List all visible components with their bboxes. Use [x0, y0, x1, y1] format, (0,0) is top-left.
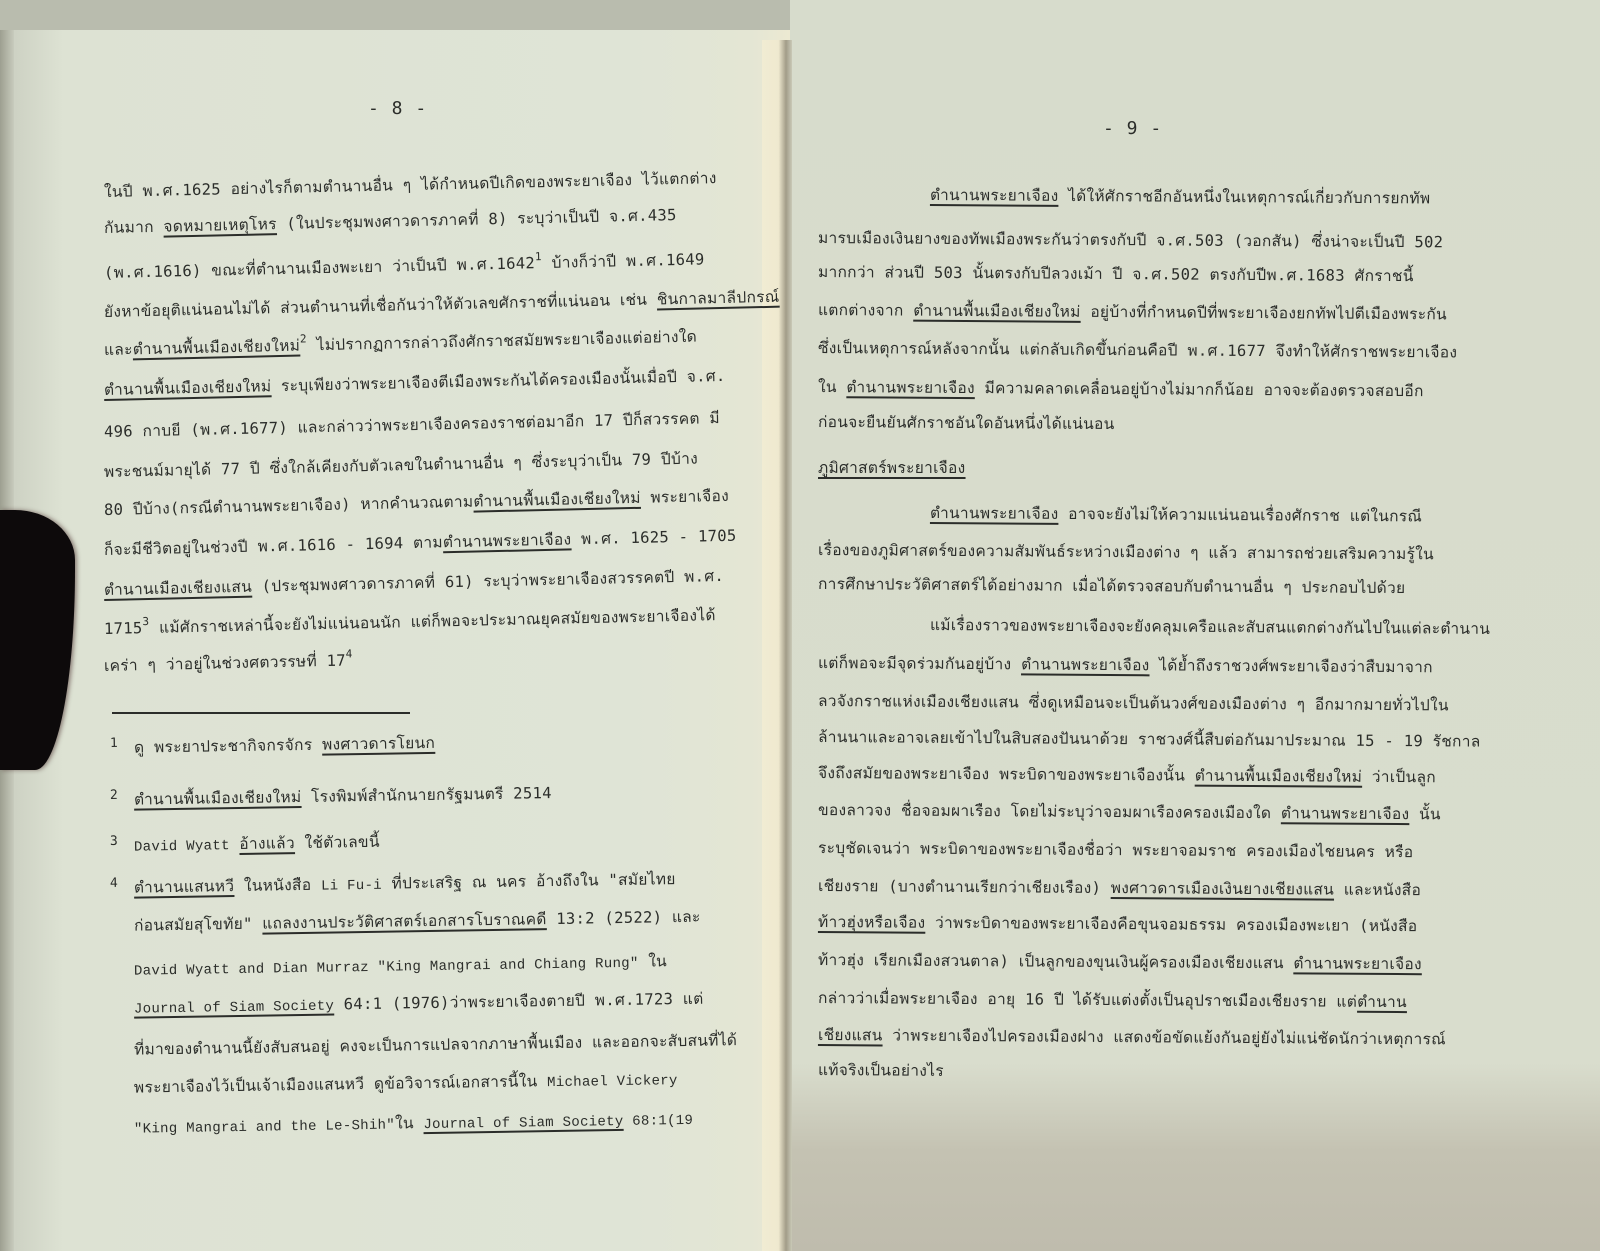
footnote-number: 4: [110, 874, 134, 894]
right-body-line: กล่าวว่าเมื่อพระยาเจือง อายุ 16 ปี ได้รั…: [818, 988, 1407, 1012]
text-segment: ใช้ตัวเลขนี้: [295, 833, 380, 852]
text-segment: กล่าวว่าเมื่อพระยาเจือง อายุ 16 ปี ได้รั…: [818, 989, 1357, 1011]
underlined-title: ตำนานพระยาเจือง: [1021, 655, 1150, 674]
text-segment: ได้ย้ำถึงราชวงศ์พระยาเจืองว่าสืบมาจาก: [1150, 656, 1433, 676]
text-segment: "King Mangrai and the Le-Shih": [134, 1118, 395, 1138]
right-body-line: แม้เรื่องราวของพระยาเจืองจะยังคลุมเครือแ…: [930, 615, 1490, 639]
text-segment: ลวจังกราชแห่งเมืองเชียงแสน ซึ่งดูเหมือนจ…: [818, 692, 1449, 714]
text-segment: แต่ก็พอจะมีจุดร่วมกันอยู่บ้าง: [818, 654, 1021, 673]
text-segment: อยู่บ้างที่กำหนดปีที่พระยาเจืองยกทัพไปตี…: [1081, 303, 1447, 324]
text-segment: จึงถึงสมัยของพระยาเจือง พระบิดาของพระยาเ…: [818, 764, 1195, 785]
text-segment: แท้จริงเป็นอย่างไร: [818, 1061, 944, 1080]
underlined-title: ตำนานพระยาเจือง: [930, 504, 1059, 523]
underlined-title: ตำนานพื้นเมืองเชียงใหม่: [1195, 767, 1363, 786]
underlined-title: แถลงงานประวัติศาสตร์เอกสารโบราณคดี: [262, 910, 547, 932]
text-segment: แม้เรื่องราวของพระยาเจืองจะยังคลุมเครือแ…: [930, 616, 1490, 638]
text-segment: ที่ประเสริฐ ณ นคร อ้างถึงใน "สมัยไทย: [382, 870, 676, 893]
underlined-title: ตำนานพื้นเมืองเชียงใหม่: [134, 788, 302, 809]
text-segment: ของลาวจง ชื่อจอมผาเรือง โดยไม่ระบุว่าจอม…: [818, 801, 1281, 822]
footnote-line: 3David Wyatt อ้างแล้ว ใช้ตัวเลขนี้: [110, 832, 380, 858]
text-segment: อาจจะยังไม่ให้ความแน่นอนเรื่องศักราช แต่…: [1058, 505, 1422, 526]
text-segment: พระยาเจืองไว้เป็นเจ้าเมืองแสนหวี ดูข้อวิ…: [134, 1072, 547, 1096]
right-page-number: - 9 -: [1103, 118, 1162, 139]
underlined-title: พงศาวดารเมืองเงินยางเชียงแสน: [1111, 879, 1334, 899]
right-body-line: ตำนานพระยาเจือง อาจจะยังไม่ให้ความแน่นอน…: [930, 503, 1422, 526]
right-body-line: มากกว่า ส่วนปี 503 นั้นตรงกับปีลวงเม้า ป…: [818, 262, 1414, 286]
text-segment: มากกว่า ส่วนปี 503 นั้นตรงกับปีลวงเม้า ป…: [818, 263, 1414, 285]
text-segment: ท้าวฮุ่ง เรียกเมืองสวนตาล) เป็นลูกของขุน…: [818, 951, 1294, 972]
underlined-title: ตำนานพระยาเจือง: [846, 378, 975, 397]
text-segment: เชียงราย (บางตำนานเรียกว่าเชียงเรือง): [818, 877, 1111, 897]
right-body-line: ท้าวฮุ่งหรือเจือง ว่าพระบิดาของพระยาเจือ…: [818, 912, 1418, 936]
text-segment: ล้านนาและอาจเลยเข้าไปในสิบสองปันนาด้วย ร…: [818, 728, 1481, 751]
footnote-ref: 2: [300, 332, 307, 345]
underlined-title: ตำนานพื้นเมืองเชียงใหม่: [473, 489, 641, 511]
text-segment: Michael Vickery: [547, 1073, 678, 1091]
underlined-title: ตำนานพระยาเจือง: [930, 186, 1059, 205]
text-segment: David Wyatt: [134, 838, 230, 856]
footnote-ref: 1: [535, 250, 542, 263]
right-body-line: เรื่องของภูมิศาสตร์ของความสัมพันธ์ระหว่า…: [818, 540, 1434, 564]
text-segment: ว่าเป็นลูก: [1362, 768, 1436, 787]
text-segment: ว่าพระยาเจืองไปครองเมืองฝาง แสดงข้อขัดแย…: [883, 1026, 1446, 1048]
footnote-ref: 4: [346, 647, 353, 660]
text-segment: 13:2 (2522) และ: [547, 908, 701, 928]
text-segment: ก่อนสมัยสุโขทัย": [134, 915, 263, 935]
underlined-title: ตำนานพื้นเมืองเชียงใหม่: [104, 377, 272, 399]
underlined-title: ตำนานพระยาเจือง: [1281, 804, 1410, 823]
text-segment: 68:1(19: [623, 1113, 693, 1130]
text-segment: นั้น: [1409, 805, 1441, 823]
right-body-line: ใน ตำนานพระยาเจือง มีความคลาดเคลื่อนอยู่…: [818, 377, 1424, 401]
text-segment: 1715: [104, 619, 143, 638]
text-segment: แตกต่างจาก: [818, 301, 913, 320]
right-body-line: ตำนานพระยาเจือง ได้ให้ศักราชอีกอันหนึ่งใ…: [930, 185, 1431, 208]
underlined-title: ตำนานแสนหวี: [134, 877, 235, 897]
footnote-number: 2: [110, 786, 134, 806]
text-segment: Li Fu-i: [321, 878, 382, 895]
text-segment: พ.ศ. 1625 - 1705: [571, 527, 737, 549]
underlined-title: Journal of Siam Society: [423, 1114, 623, 1133]
text-segment: พระยาเจือง: [641, 487, 730, 507]
text-segment: บ้างก็ว่าปี พ.ศ.1649: [542, 250, 705, 272]
text-segment: มีความคลาดเคลื่อนอยู่บ้างไม่มากก็น้อย อา…: [975, 379, 1424, 400]
text-segment: ซึ่งเป็นเหตุการณ์หลังจากนั้น แต่กลับเกิด…: [818, 339, 1457, 361]
text-segment: กันมาก: [104, 218, 164, 237]
underlined-title: เชียงแสน: [818, 1026, 883, 1044]
right-body-line: ท้าวฮุ่ง เรียกเมืองสวนตาล) เป็นลูกของขุน…: [818, 950, 1422, 974]
book-gutter: [762, 40, 792, 1251]
text-segment: โรงพิมพ์สำนักนายกรัฐมนตรี 2514: [301, 784, 552, 806]
right-body-line: แต่ก็พอจะมีจุดร่วมกันอยู่บ้าง ตำนานพระยา…: [818, 653, 1433, 677]
text-segment: ได้ให้ศักราชอีกอันหนึ่งในเหตุการณ์เกี่ยว…: [1058, 187, 1430, 208]
section-heading: ภูมิศาสตร์พระยาเจือง: [818, 458, 966, 478]
right-body-line: ก่อนจะยืนยันศักราชอันใดอันหนึ่งได้แน่นอน: [818, 412, 1115, 434]
underlined-title: ตำนานพระยาเจือง: [443, 530, 572, 551]
right-body-line: แท้จริงเป็นอย่างไร: [818, 1060, 944, 1081]
text-segment: ในหนังสือ: [234, 876, 321, 895]
text-segment: ใน: [818, 378, 847, 396]
text-segment: ใน: [395, 1114, 424, 1132]
underlined-title: ตำนาน: [1357, 993, 1407, 1011]
footnote-divider: [112, 712, 410, 714]
text-segment: ระบุชัดเจนว่า พระบิดาของพระยาเจืองชื่อว่…: [818, 839, 1414, 861]
underlined-title: ท้าวฮุ่งหรือเจือง: [818, 913, 925, 932]
underlined-title: พงศาวดารโยนก: [322, 734, 435, 754]
text-segment: และ: [104, 340, 133, 359]
right-body-line: การศึกษาประวัติศาสตร์ได้อย่างมาก เมื่อได…: [818, 574, 1406, 598]
right-body-line: เชียงราย (บางตำนานเรียกว่าเชียงเรือง) พง…: [818, 876, 1421, 900]
text-segment: เรื่องของภูมิศาสตร์ของความสัมพันธ์ระหว่า…: [818, 541, 1434, 563]
book-spread: - 8 - ในปี พ.ศ.1625 อย่างไรก็ตามตำนานอื่…: [0, 0, 1600, 1251]
text-segment: การศึกษาประวัติศาสตร์ได้อย่างมาก เมื่อได…: [818, 575, 1406, 597]
footnote-number: 1: [110, 734, 134, 754]
underlined-title: ตำนานพื้นเมืองเชียงใหม่: [133, 337, 301, 359]
underlined-title: จดหมายเหตุโหร: [163, 215, 277, 236]
footnote-number: 3: [110, 832, 134, 852]
text-segment: ใน: [638, 952, 667, 970]
text-segment: และหนังสือ: [1334, 881, 1421, 900]
text-segment: ก่อนจะยืนยันศักราชอันใดอันหนึ่งได้แน่นอน: [818, 413, 1115, 433]
text-segment: ว่าพระบิดาของพระยาเจืองคือขุนจอมธรรม ครอ…: [925, 914, 1417, 935]
left-page-number: - 8 -: [368, 98, 427, 119]
text-segment: ดู พระยาประชากิจกรจักร: [134, 736, 322, 757]
underlined-title: ตำนานเมืองเชียงแสน: [104, 578, 252, 599]
underlined-title: ตำนานพระยาเจือง: [1293, 954, 1422, 973]
text-segment: มารบเมืองเงินยางของทัพเมืองพระกันว่าตรงก…: [818, 229, 1443, 251]
text-segment: 64:1 (1976)ว่าพระยาเจืองตายปี พ.ศ.1723 แ…: [334, 990, 704, 1014]
text-segment: ในปี พ.ศ.1625: [104, 180, 231, 201]
underlined-title: ตำนานพื้นเมืองเชียงใหม่: [913, 302, 1081, 321]
underlined-title: Journal of Siam Society: [134, 998, 334, 1017]
footnote-ref: 3: [142, 615, 149, 628]
underlined-title: ชินกาลมาลีปกรณ์: [657, 288, 780, 309]
underlined-title: อ้างแล้ว: [239, 834, 295, 853]
right-body-line: ระบุชัดเจนว่า พระบิดาของพระยาเจืองชื่อว่…: [818, 838, 1414, 862]
